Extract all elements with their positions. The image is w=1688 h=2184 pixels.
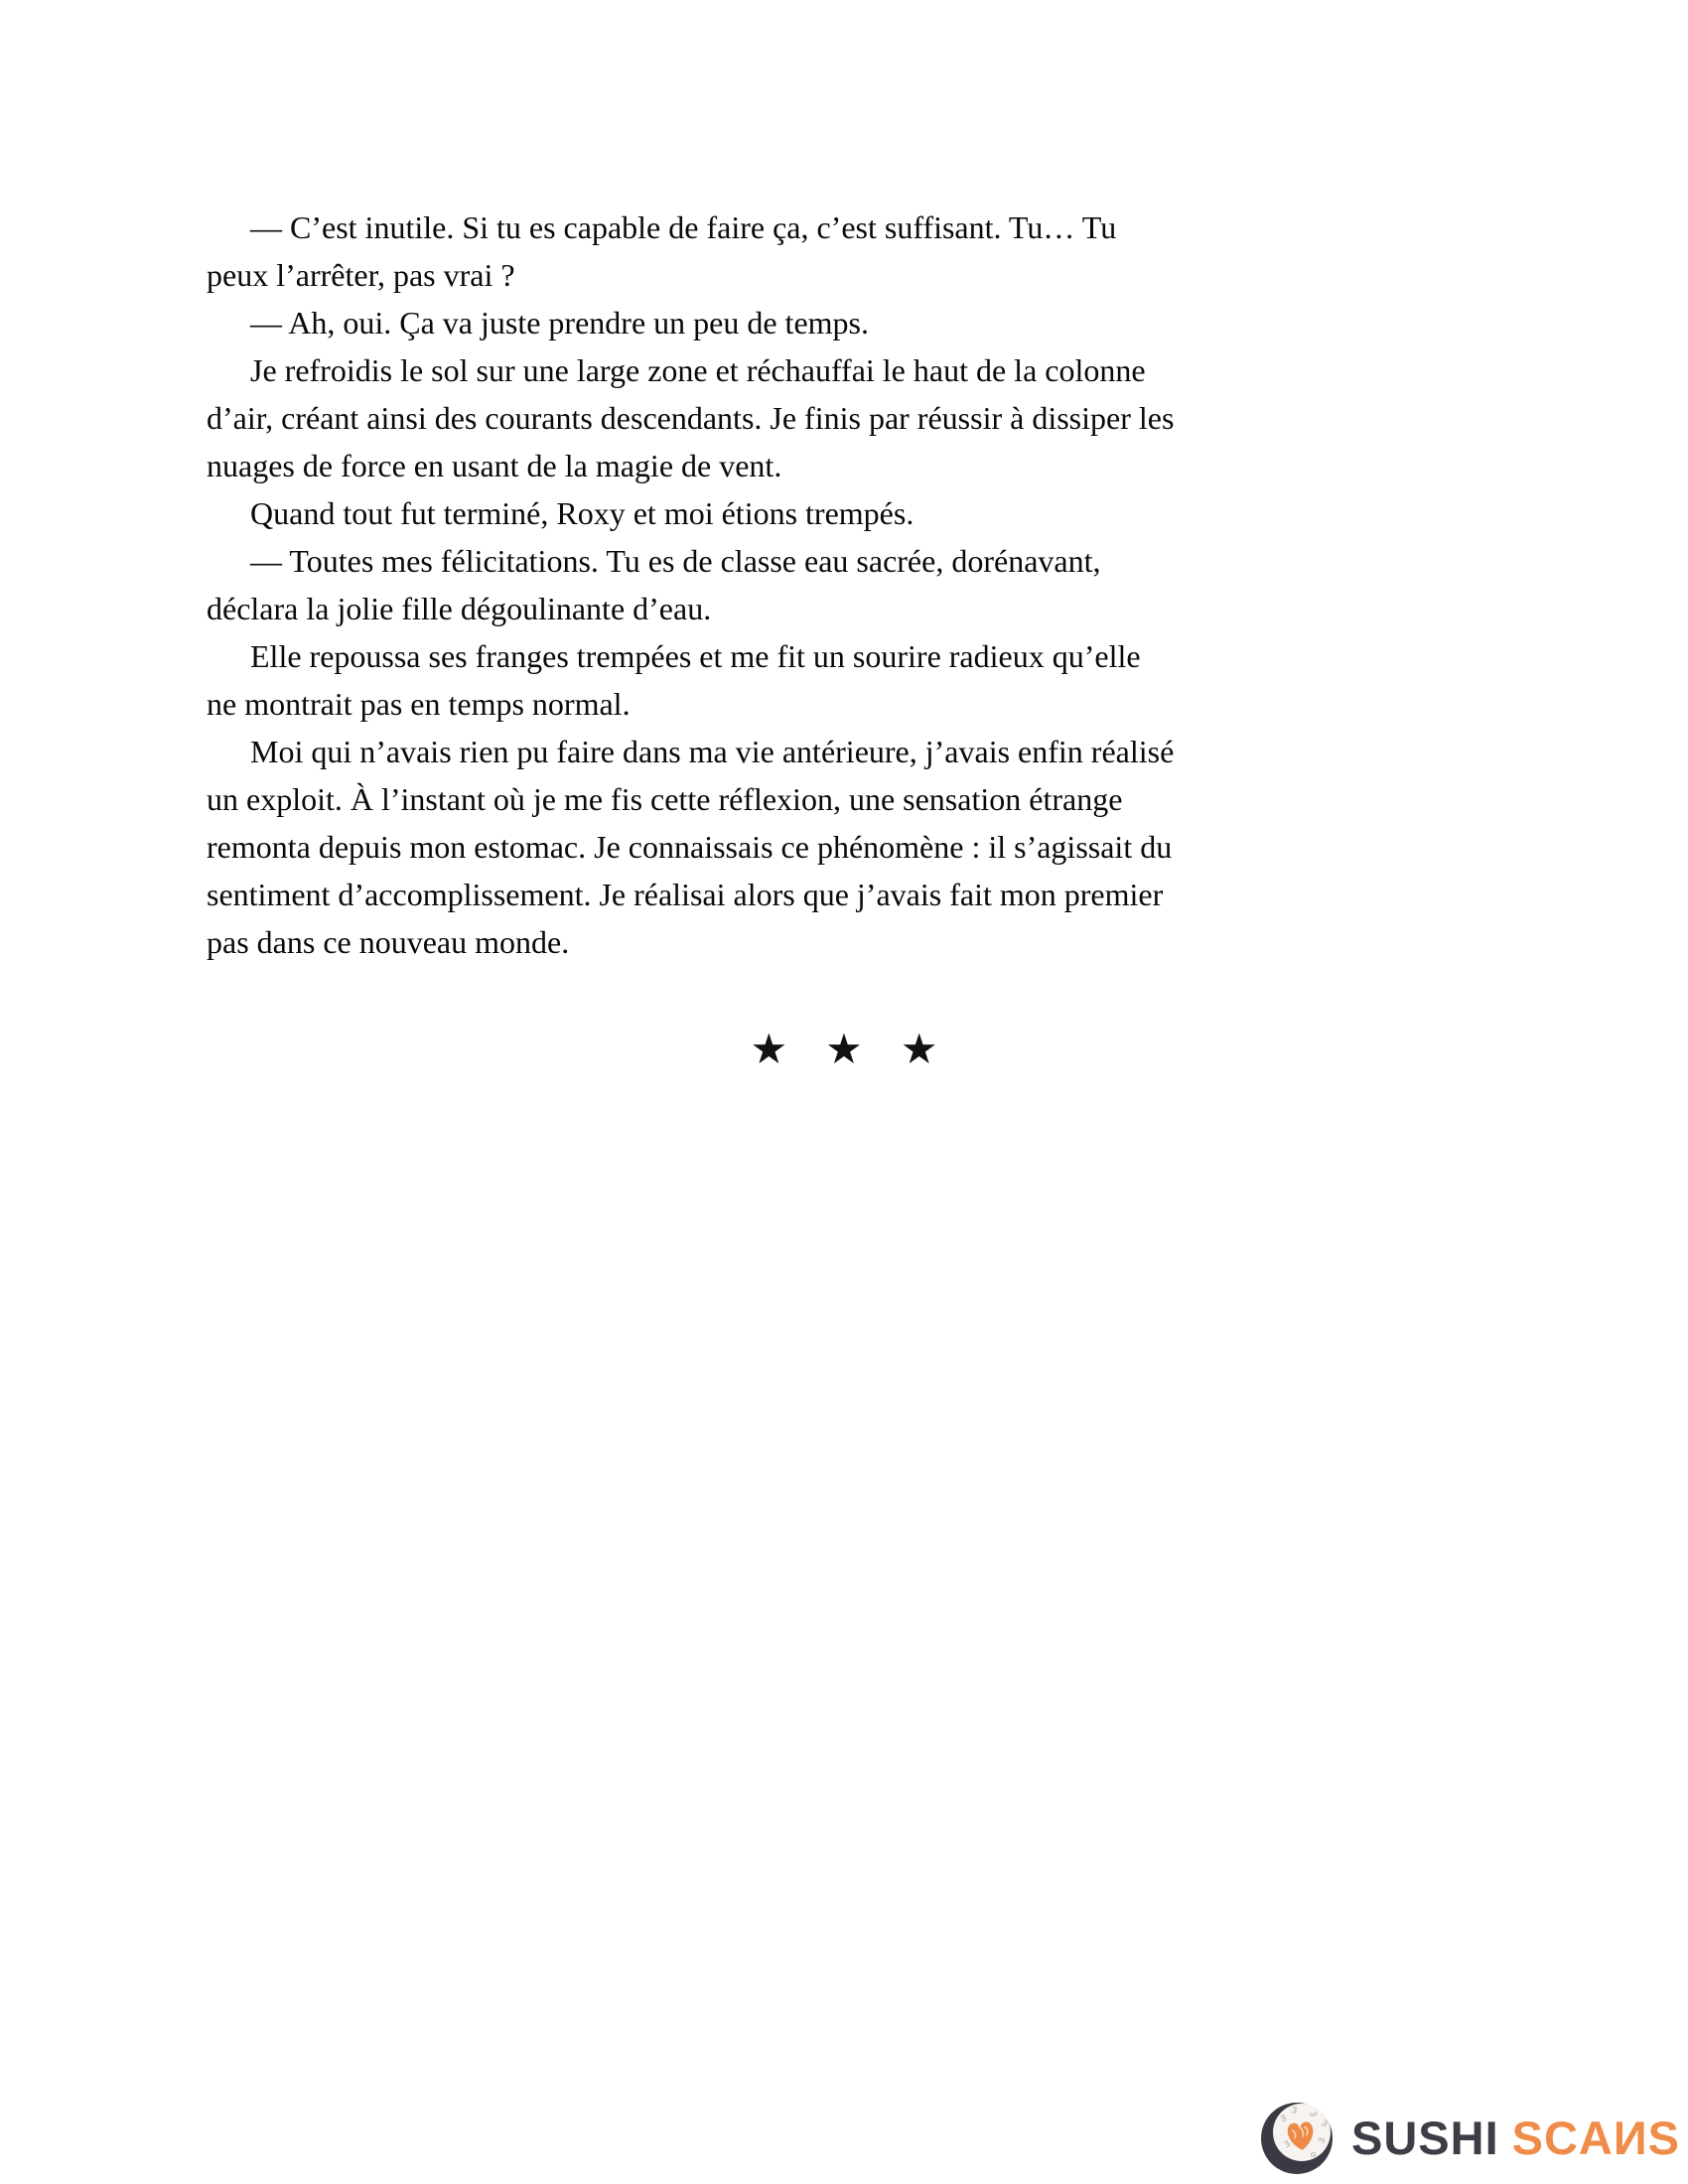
star-icon: ★ <box>751 1028 788 1070</box>
text-block: — C’est inutile. Si tu es capable de fai… <box>207 204 1460 966</box>
sushi-scans-logo: 3 3 3 3 3 o 3 SUSHI SCAИS <box>1258 2099 1680 2176</box>
paragraph: Je refroidis le sol sur une large zone e… <box>207 346 1460 489</box>
logo-wordmark: SUSHI SCAИS <box>1351 2115 1680 2161</box>
star-icon: ★ <box>901 1028 938 1070</box>
paragraph: Moi qui n’avais rien pu faire dans ma vi… <box>207 728 1460 966</box>
paragraph: — Toutes mes félicitations. Tu es de cla… <box>207 537 1460 632</box>
paragraph: Elle repoussa ses franges trempées et me… <box>207 632 1460 728</box>
paragraph: — C’est inutile. Si tu es capable de fai… <box>207 204 1460 299</box>
paragraph: — Ah, oui. Ça va juste prendre un peu de… <box>207 299 1460 346</box>
sushi-roll-icon: 3 3 3 3 3 o 3 <box>1258 2099 1336 2176</box>
paragraph: Quand tout fut terminé, Roxy et moi étio… <box>207 489 1460 537</box>
book-page: — C’est inutile. Si tu es capable de fai… <box>0 0 1688 2184</box>
logo-word-sushi: SUSHI <box>1351 2115 1499 2161</box>
section-break: ★★★ <box>0 1028 1688 1070</box>
star-icon: ★ <box>825 1028 863 1070</box>
logo-word-scans: SCAИS <box>1512 2115 1680 2161</box>
